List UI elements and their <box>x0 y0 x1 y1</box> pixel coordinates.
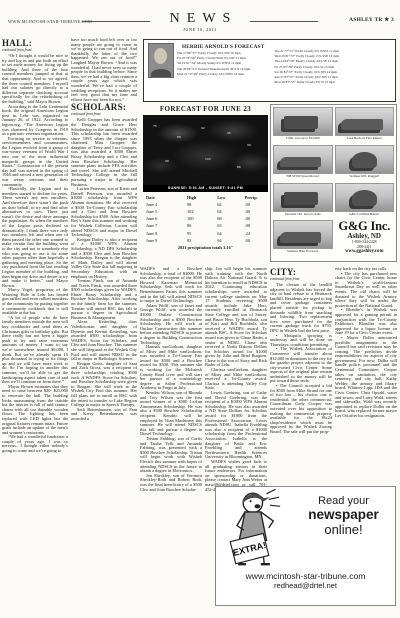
weather-table-cell: .00 <box>245 215 268 222</box>
col-header-low: Low <box>217 194 244 201</box>
masthead-rule-left <box>82 21 150 22</box>
paragraph: • Blondie’s in Wishek was approved for a… <box>335 308 397 336</box>
weather-table-cell: June 8 <box>143 230 187 237</box>
gg-dealer-name: G&G Inc. <box>335 221 395 232</box>
masthead-site-url: WWW.MCINTOSH-STAR-TRIBUNE.COM <box>8 19 92 24</box>
paragraph: Trentan Finck, son of Amanda and Travis … <box>71 279 137 320</box>
weather-table-row: June 98364.00 <box>143 237 268 244</box>
skid-steer-photo <box>273 107 333 136</box>
ad-item-caption: NH SP190 Speed Rower <box>273 174 333 178</box>
weather-table-cell: 86 <box>187 222 217 229</box>
weather-table-cell: June 6 <box>143 215 187 222</box>
section-title: NEWS <box>150 11 250 27</box>
map-temperature: 95 <box>227 131 231 135</box>
paragraph: Kendric Wilson, son of Rhonda and Trey W… <box>140 391 202 437</box>
weather-table-row: June 78663.00 <box>143 222 268 229</box>
ad-item: Vermeer 605, Rugged! <box>335 145 395 182</box>
col-header-high: High <box>187 194 217 201</box>
weather-table-cell: .00 <box>245 208 268 215</box>
gg-dealer-city: Ashley, ND <box>335 232 395 240</box>
paragraph: WADFS and a Boschee Scholarship, a total… <box>140 267 202 304</box>
weather-table-cell: June 7 <box>143 222 187 229</box>
forecast-left-block: HERBIE ARNOLD'S FORECAST Thu 17 86°/57° … <box>148 43 269 98</box>
weather-table-cell: 98 <box>187 201 217 208</box>
weather-table-cell: .00 <box>245 222 268 229</box>
map-temperature: 75 <box>153 124 157 128</box>
weather-table-cell: 64 <box>217 230 244 237</box>
ad-line-2: newspaper <box>292 507 395 522</box>
article-city-title: CITY: <box>270 268 332 277</box>
article-scholars-title: SCHOLARS: <box>71 103 137 112</box>
round-baler-photo <box>335 145 395 174</box>
bale-processor-photo <box>273 220 333 249</box>
paragraph: Keegan Dailey is also a recipient of a $… <box>71 238 137 279</box>
weather-table-cell: 83 <box>187 237 217 244</box>
ad-item-caption: Cash Back on Flex Rakes! <box>335 136 395 140</box>
forecast-june23-block: FORECAST FOR JUNE 23 75 88 92 95 90 98 1… <box>143 105 268 250</box>
weather-table-cell: 64 <box>217 201 244 208</box>
map-temperature: 98 <box>165 159 169 163</box>
speed-rower-photo <box>273 145 333 174</box>
forecast-days-week2: Tue 22 77°/51° Partly Cloudy 9% WNW 11 m… <box>274 43 391 98</box>
national-weather-map: 75 88 92 95 90 98 102 86 <box>143 115 268 185</box>
tractor-loader-photo <box>273 183 333 212</box>
weather-table-row: June 89564.24 <box>143 230 268 237</box>
paragraph: Sat 26 84°/57° Partly Cloudy 16% NW 14 m… <box>274 71 391 75</box>
paragraph: According to the Lehr Centennial book, t… <box>2 105 68 137</box>
paragraph: have too much food left over or too many… <box>71 38 137 102</box>
weather-table-cell: June 4 <box>143 201 187 208</box>
article-hall-paragraphs: “Or I thought it would be nice to try an… <box>2 54 68 454</box>
newspaper-contact-email: redhead@drtel.net <box>216 581 395 590</box>
article-city-column-2: erty back on the city tax rolls.• The ci… <box>335 267 397 483</box>
ad-item-caption: Vermeer Bale Processor <box>273 249 333 253</box>
weather-table-cell: 68 <box>217 215 244 222</box>
gg-dealer-contact-block: G&G Inc. Ashley, ND 1-800-344-2428 288-3… <box>335 220 395 259</box>
paragraph: Mayor Brown estimates that they need to … <box>2 385 68 436</box>
ad-item: G&G Certified Balers! <box>335 183 395 220</box>
map-temperature: 102 <box>205 157 211 161</box>
ad-item-caption: L328- save up to $12,000 <box>273 136 333 140</box>
paragraph: “Or I thought it would be nice to try an… <box>2 54 68 105</box>
read-online-ad-top: EXTRA! Read your newspaper online! <box>216 487 395 571</box>
article-city-paragraphs: The closure of the landfill adjacent to … <box>270 283 332 435</box>
sunrise-sunset-bar: SUNRISE: 5:51 AM - SUNSET: 9:31 PM <box>143 185 268 192</box>
gg-dealer-phones: 1-800-344-2428 288-3411 <box>335 240 395 249</box>
flex-rake-photo <box>335 107 395 136</box>
col-header-precip: Precip. <box>245 194 268 201</box>
ad-item-caption: Versatile 165, new-no frills <box>273 212 333 216</box>
weather-table-row: June 510264.00 <box>143 208 268 215</box>
ad-item-caption: G&G Certified Balers! <box>335 212 395 216</box>
read-online-ad: EXTRA! Read your newspaper online! www.m… <box>215 486 396 606</box>
article-hall-continuation: have too much food left over or too many… <box>71 38 137 102</box>
weather-table-body: June 49864.00June 510264.00June 610068.0… <box>143 201 268 244</box>
paragraph: • The Council accepted a bid for $500 fr… <box>270 384 332 435</box>
gg-equipment-ad: L328- save up to $12,000 Cash Back on Fl… <box>270 104 397 262</box>
article-city-continued-note: continued from front <box>270 277 332 282</box>
paragraph: • The city has purchased new chairs for … <box>335 272 397 309</box>
weather-table-cell: 95 <box>187 230 217 237</box>
paragraph: Jon Sheckley, son of Veronica Sheckley-R… <box>140 474 202 492</box>
paragraph: Seth Bettenhausen, son of Pam and Kerry … <box>71 408 137 422</box>
weather-table-cell: .24 <box>245 230 268 237</box>
article-city-paragraphs: erty back on the city tax rolls.• The ci… <box>335 267 397 419</box>
forecaster-portrait-photo <box>148 43 174 78</box>
paragraph: Clarissa vanGorkom, daughter of Misty an… <box>205 368 267 391</box>
newspaper-page: WWW.MCINTOSH-STAR-TRIBUNE.COM NEWS JUNE … <box>0 0 400 618</box>
paragraph: Kelli Gropper has been awarded the Dougl… <box>71 118 137 187</box>
weather-table-cell: 102 <box>187 208 217 215</box>
paragraph: • Mayor Dolba announced portfolio assign… <box>335 336 397 419</box>
weather-table-row: June 610068.00 <box>143 215 268 222</box>
article-scholars-paragraphs: ship. Jon will begin his summer with tra… <box>205 267 267 492</box>
ad-item: Cash Back on Flex Rakes! <box>335 107 395 144</box>
paragraph: Lucien Peterson, son of Kristi and Darre… <box>71 187 137 238</box>
ad-item: L328- save up to $12,000 <box>273 107 333 144</box>
paragraph: Reagan Gross, daughter of Sara and Zach … <box>71 362 137 408</box>
col-header-date: Date <box>143 194 187 201</box>
article-column-2: have too much food left over or too many… <box>71 38 137 616</box>
article-scholars-paragraphs: Kelli Gropper has been awarded the Dougl… <box>71 118 137 421</box>
paragraph: The closure of the landfill adjacent to … <box>270 283 332 334</box>
paragraph: Mon 28 83°/55° Partly Cloudy 8% W 13 mph <box>274 81 391 85</box>
newsboy-cartoon: EXTRA! <box>216 487 292 571</box>
weather-table-header: Date High Low Precip. <box>143 194 268 201</box>
ad-item: Versatile 165, new-no frills <box>273 183 333 220</box>
ad-item-caption: Vermeer 605, Rugged! <box>335 174 395 178</box>
paragraph: Focusing on service to veterans, service… <box>2 137 68 188</box>
ad-item: NH SP190 Speed Rower <box>273 145 333 182</box>
forecast-june23-heading: FORECAST FOR JUNE 23 <box>143 105 268 113</box>
paragraph: • The Wishek Association of Commerce wil… <box>270 347 332 384</box>
weather-table-row: June 49864.00 <box>143 201 268 208</box>
paragraph: • Mosquito spraying is underway and will… <box>270 334 332 348</box>
paragraph: Tristan Fabbing, son of Curtis and Taish… <box>140 437 202 474</box>
newspaper-website-url: www.mcintosh-star-tribune.com <box>216 571 395 581</box>
ad-line-3: online! <box>292 522 395 537</box>
article-scholars-continued-note: continued from front <box>71 112 137 117</box>
weather-table-cell: 63 <box>217 222 244 229</box>
article-hall-column-1: HALL: continued from front “Or I thought… <box>2 38 68 616</box>
paragraph: Lewis Goehring, son of Cathy and David G… <box>205 391 267 460</box>
weather-table-cell: .00 <box>245 237 268 244</box>
map-temperature: 92 <box>201 126 205 130</box>
ad-line-1: Read your <box>292 495 395 507</box>
weather-history-table: Date High Low Precip. June 49864.00June … <box>143 194 268 250</box>
paragraph: Fri 25 85°/59° Partly Cloudy 16% W 13 mp… <box>274 66 391 70</box>
weather-table-cell: 100 <box>187 215 217 222</box>
paragraph: “We had a wonderful fundraiser a couple … <box>2 435 68 453</box>
paragraph: Alexa Ketterling, class Valedictorian an… <box>71 320 137 361</box>
article-scholars-column-3: WADFS and a Boschee Scholarship, a total… <box>140 267 202 616</box>
paragraph: “A lot of people who do have family memb… <box>2 316 68 385</box>
precipitation-total: 2021 precipitation totals 3.16″ <box>143 245 268 250</box>
issue-date: JUNE 16, 2021 <box>150 27 250 32</box>
paragraph: Marcy Vogel, proprietor of the Watering … <box>2 288 68 316</box>
article-hall-title: HALL: <box>2 39 68 48</box>
paragraph: ship. Jon will begin his summer with tra… <box>205 267 267 368</box>
weather-table-cell: 64 <box>217 237 244 244</box>
weather-table-cell: June 5 <box>143 208 187 215</box>
map-temperature: 86 <box>237 165 241 169</box>
paragraph: Hannah vanGorkom, daughter of Misty and … <box>140 345 202 391</box>
article-scholars-paragraphs: WADFS and a Boschee Scholarship, a total… <box>140 267 202 492</box>
paragraph: Adam Wolff, son of Janet and George Wolf… <box>140 304 202 345</box>
map-temperature: 90 <box>247 143 251 147</box>
paragraph: “Basically, the Legion and its members s… <box>2 187 68 288</box>
gg-dealer-website: www.ggashley.com <box>335 249 395 255</box>
map-temperature: 88 <box>177 135 181 139</box>
masthead-rule-right <box>250 21 318 22</box>
weather-table-cell: 64 <box>217 208 244 215</box>
paragraph: Thu 24 84°/59° Mostly Cloudy 24% SE 13 m… <box>274 60 391 64</box>
weather-table-cell: .00 <box>245 201 268 208</box>
article-hall-continued-note: continued from front <box>2 48 68 53</box>
weather-table-cell: June 9 <box>143 237 187 244</box>
read-online-ad-text: Read your newspaper online! <box>292 487 395 571</box>
edition-page-number: ASHLEY TR ★ 3 <box>349 17 394 23</box>
ad-item: Vermeer Bale Processor <box>273 220 333 259</box>
article-city-column: CITY: continued from front The closure o… <box>270 267 332 485</box>
certified-baler-photo <box>335 183 395 212</box>
weather-forecast-box: HERBIE ARNOLD'S FORECAST Thu 17 86°/57° … <box>143 39 396 102</box>
